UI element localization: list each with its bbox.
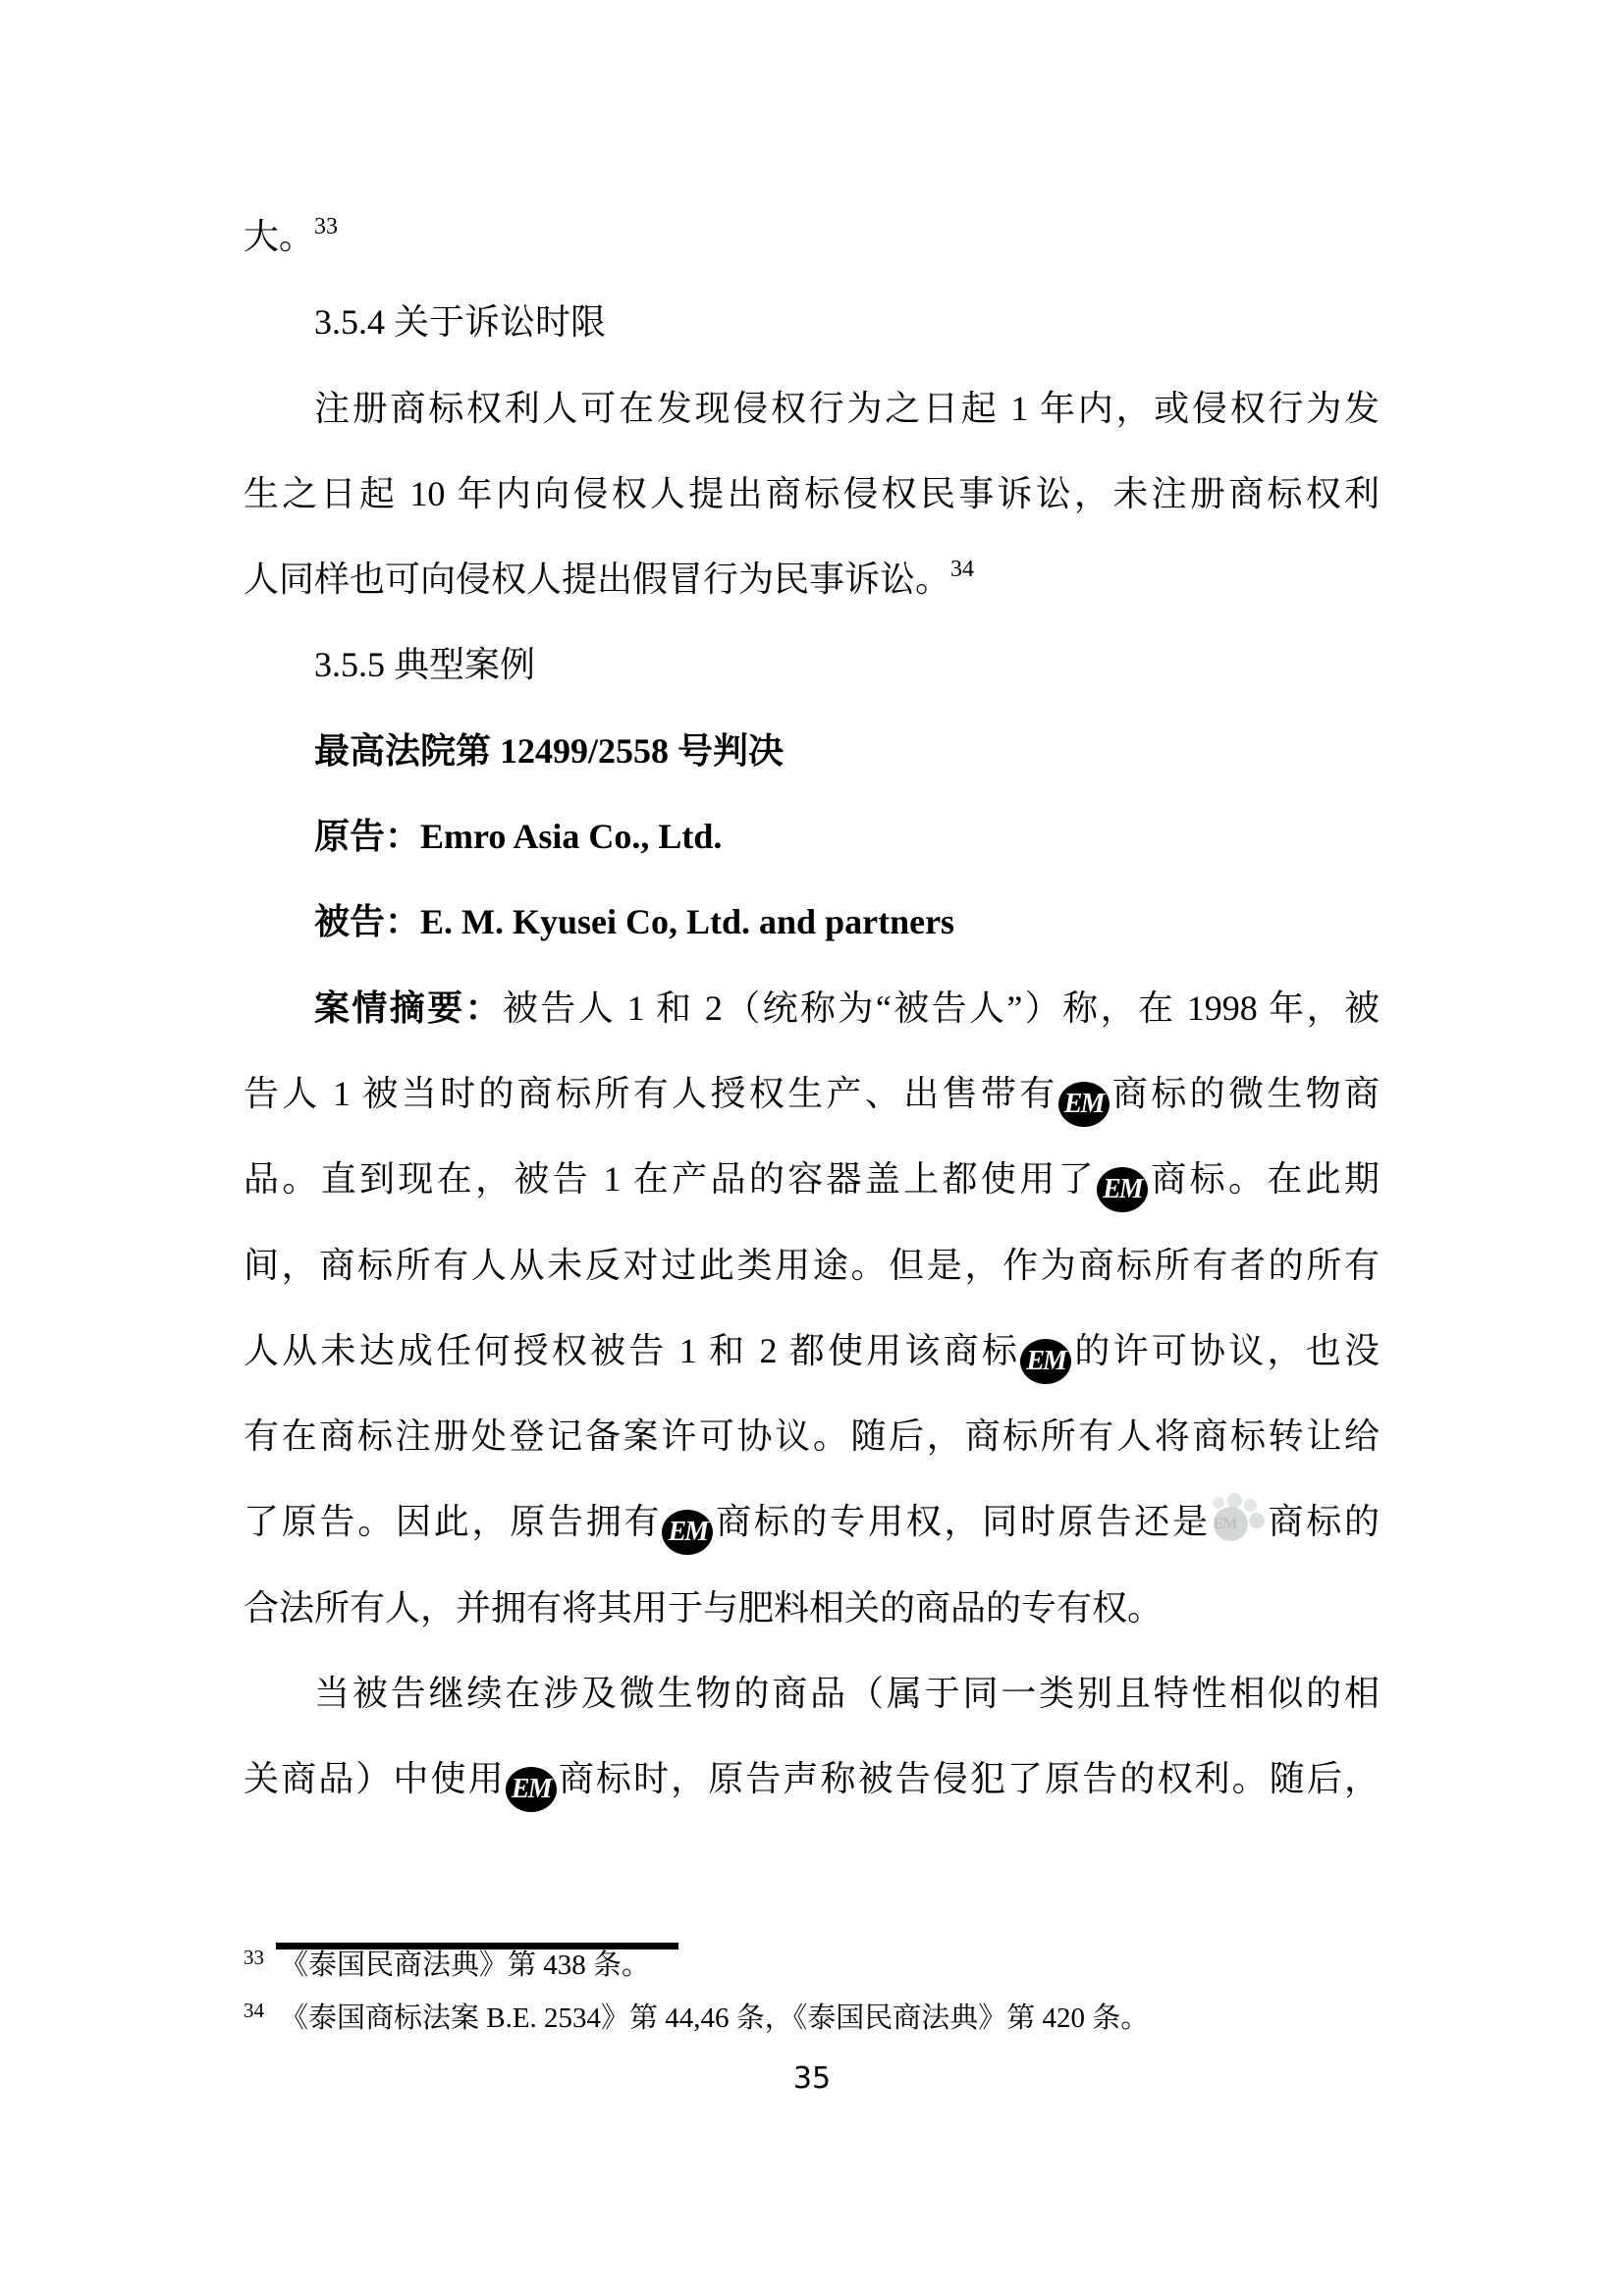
footnote-34: 34《泰国商标法案 B.E. 2534》第 44,46 条，《泰国民商法典》第 … [244, 1992, 1402, 2045]
heading-3-5-4-text: 3.5.4 关于诉讼时限 [314, 302, 606, 342]
para2-l2a-text: 关商品）中使用 [244, 1759, 506, 1798]
body-line-summary-3: 品。直到现在，被告 1 在产品的容器盖上都使用了EM商标。在此期 [244, 1137, 1380, 1222]
summary-l8-text: 合法所有人，并拥有将其用于与肥料相关的商品的专有权。 [244, 1588, 1163, 1628]
plaintiff-label: 原告： [314, 817, 420, 856]
summary-label: 案情摘要： [314, 988, 503, 1028]
body-line-p1-3: 人同样也可向侵权人提出假冒行为民事诉讼。34 [244, 537, 1380, 622]
heading-3-5-5-text: 3.5.5 典型案例 [314, 645, 535, 684]
case-title-line: 最高法院第 12499/2558 号判决 [244, 709, 1380, 794]
body-line-summary-5: 人从未达成任何授权被告 1 和 2 都使用该商标EM的许可协议，也没 [244, 1308, 1380, 1394]
body-line-summary-4: 间，商标所有人从未反对过此类用途。但是，作为商标所有者的所有 [244, 1223, 1380, 1308]
body-line-summary-7: 了原告。因此，原告拥有EM商标的专用权，同时原告还是EM商标的 [244, 1479, 1380, 1565]
document-body: 大。33 3.5.4 关于诉讼时限 注册商标权利人可在发现侵权行为之日起 1 年… [244, 194, 1380, 1823]
footnotes: 33《泰国民商法典》第 438 条。 34《泰国商标法案 B.E. 2534》第… [244, 1939, 1402, 2045]
footnote-33-marker: 33 [244, 1946, 264, 1969]
document-page: 大。33 3.5.4 关于诉讼时限 注册商标权利人可在发现侵权行为之日起 1 年… [0, 0, 1624, 2296]
defendant-line: 被告：E. M. Kyusei Co, Ltd. and partners [244, 880, 1380, 965]
defendant-name: E. M. Kyusei Co, Ltd. and partners [420, 902, 954, 941]
para2-l1-text: 当被告继续在涉及微生物的商品（属于同一类别且特性相似的相 [314, 1674, 1380, 1713]
em-gray-trademark-label: EM [1214, 1507, 1248, 1541]
footnote-ref-33: 33 [314, 214, 338, 240]
body-line-summary-1: 案情摘要：被告人 1 和 2（统称为“被告人”）称，在 1998 年，被 [244, 966, 1380, 1051]
body-line-intro-tail: 大。33 [244, 194, 1380, 280]
summary-l3b-text: 商标。在此期 [1148, 1159, 1380, 1199]
body-line-summary-2: 告人 1 被当时的商标所有人授权生产、出售带有EM商标的微生物商 [244, 1051, 1380, 1137]
body-line-summary-6: 有在商标注册处登记备案许可协议。随后，商标所有人将商标转让给 [244, 1394, 1380, 1479]
summary-l6-text: 有在商标注册处登记备案许可协议。随后，商标所有人将商标转让给 [244, 1416, 1380, 1456]
em-gray-bubble-trademark-icon: EM [1211, 1493, 1266, 1542]
em-trademark-icon: EM [1058, 1082, 1110, 1127]
body-line-summary-8: 合法所有人，并拥有将其用于与肥料相关的商品的专有权。 [244, 1566, 1380, 1651]
defendant-label: 被告： [314, 902, 420, 941]
em-trademark-icon: EM [506, 1767, 557, 1812]
heading-3-5-5: 3.5.5 典型案例 [244, 622, 1380, 708]
body-line-para2-1: 当被告继续在涉及微生物的商品（属于同一类别且特性相似的相 [244, 1651, 1380, 1736]
body-line-para2-2: 关商品）中使用EM商标时，原告声称被告侵犯了原告的权利。随后， [244, 1736, 1380, 1822]
summary-l7a-text: 了原告。因此，原告拥有 [244, 1502, 662, 1541]
summary-l2a-text: 告人 1 被当时的商标所有人授权生产、出售带有 [244, 1074, 1058, 1113]
summary-l7c-text: 商标的 [1266, 1502, 1380, 1541]
em-trademark-icon: EM [1020, 1339, 1071, 1384]
summary-l5b-text: 的许可协议，也没 [1071, 1331, 1380, 1370]
summary-l4-text: 间，商标所有人从未反对过此类用途。但是，作为商标所有者的所有 [244, 1246, 1380, 1285]
summary-l5a-text: 人从未达成任何授权被告 1 和 2 都使用该商标 [244, 1331, 1020, 1370]
plaintiff-name: Emro Asia Co., Ltd. [420, 817, 722, 856]
footnote-34-marker: 34 [244, 1999, 264, 2022]
heading-3-5-4: 3.5.4 关于诉讼时限 [244, 280, 1380, 365]
footnote-33-text: 《泰国民商法典》第 438 条。 [280, 1949, 650, 1981]
p1-line2-text: 生之日起 10 年内向侵权人提出商标侵权民事诉讼，未注册商标权利 [244, 474, 1380, 513]
em-trademark-icon: EM [662, 1510, 713, 1555]
p1-line1-text: 注册商标权利人可在发现侵权行为之日起 1 年内，或侵权行为发 [314, 389, 1380, 428]
footnote-ref-34: 34 [950, 557, 974, 582]
summary-l1-text: 被告人 1 和 2（统称为“被告人”）称，在 1998 年，被 [503, 988, 1380, 1028]
case-title-text: 最高法院第 12499/2558 号判决 [314, 731, 784, 771]
page-number: 35 [0, 2061, 1624, 2096]
plaintiff-line: 原告：Emro Asia Co., Ltd. [244, 794, 1380, 880]
summary-l2b-text: 商标的微生物商 [1110, 1074, 1380, 1113]
p1-line3-text: 人同样也可向侵权人提出假冒行为民事诉讼。 [244, 560, 950, 599]
summary-l3a-text: 品。直到现在，被告 1 在产品的容器盖上都使用了 [244, 1159, 1097, 1199]
em-trademark-icon: EM [1097, 1167, 1148, 1212]
intro-tail-text: 大。 [244, 217, 314, 256]
footnote-33: 33《泰国民商法典》第 438 条。 [244, 1939, 1402, 1992]
body-line-p1-2: 生之日起 10 年内向侵权人提出商标侵权民事诉讼，未注册商标权利 [244, 452, 1380, 537]
body-line-p1-1: 注册商标权利人可在发现侵权行为之日起 1 年内，或侵权行为发 [244, 366, 1380, 452]
para2-l2b-text: 商标时，原告声称被告侵犯了原告的权利。随后， [557, 1759, 1380, 1798]
footnote-34-text: 《泰国商标法案 B.E. 2534》第 44,46 条，《泰国民商法典》第 42… [280, 2002, 1149, 2034]
summary-l7b-text: 商标的专用权，同时原告还是 [713, 1502, 1210, 1541]
